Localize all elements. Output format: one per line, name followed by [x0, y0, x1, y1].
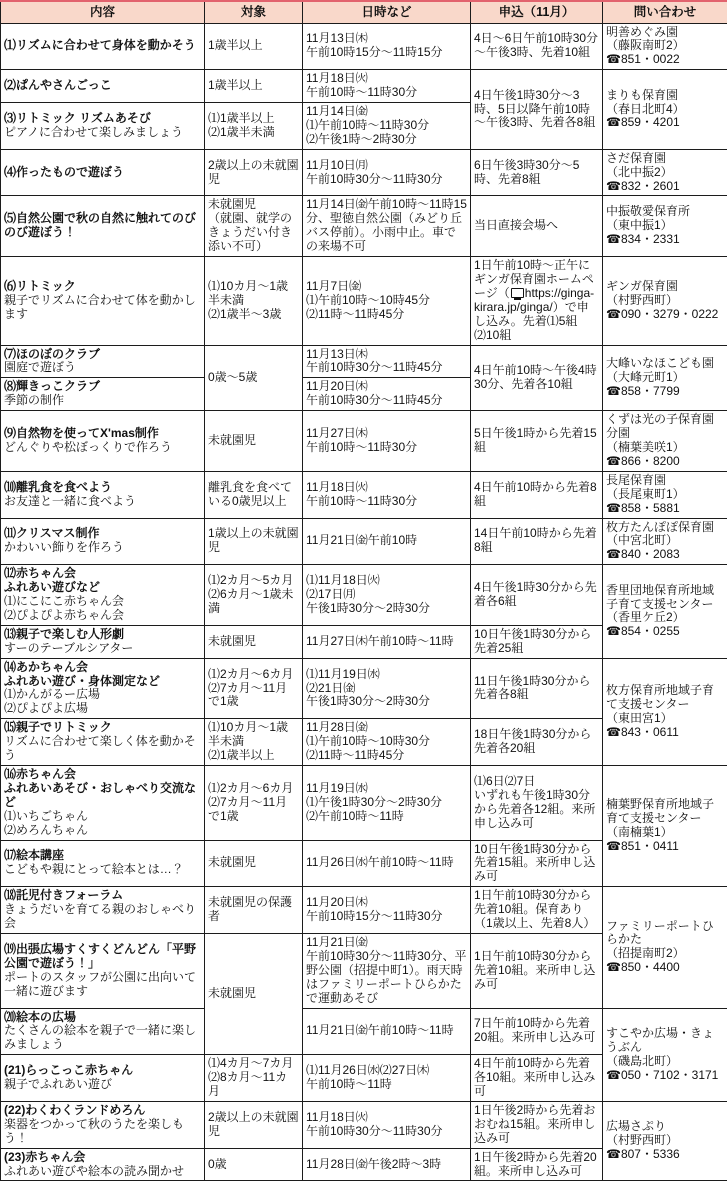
cell-apply: 14日午前10時から先着8組: [471, 518, 603, 565]
cell-content: ⑵ぱんやさんごっこ: [1, 70, 205, 103]
event-description: お友達と一緒に食べよう: [4, 495, 201, 509]
column-header-target: 対象: [205, 1, 303, 23]
event-description: ふれあい遊びや絵本の読み聞かせ: [4, 1165, 201, 1179]
cell-datetime: 11月18日㈫午前10時～11時30分: [303, 70, 471, 103]
cell-datetime: 11月28日㈮午後2時～3時: [303, 1148, 471, 1181]
table-row: (22)わくわくランドめろん楽器をつかって秋のうたを楽しもう！2歳以上の未就園児…: [1, 1101, 727, 1148]
cell-target: 1歳半以上: [205, 70, 303, 103]
cell-datetime: ⑴11月26日㈬⑵27日㈭午前10時～11時: [303, 1055, 471, 1102]
table-row: ⑴リズムに合わせて身体を動かそう1歳半以上11月13日㈭午前10時15分～11時…: [1, 23, 727, 70]
cell-datetime: 11月19日㈬⑴午後1時30分～2時30分⑵午前10時～11時: [303, 766, 471, 841]
cell-content: (21)らっこっこ赤ちゃん親子でふれあい遊び: [1, 1055, 205, 1102]
table-row: ⒅託児付きフォーラムきょうだいを育てる親のおしゃべり会未就園児の保護者11月20…: [1, 887, 727, 934]
table-row: ⑷作ったもので遊ぼう2歳以上の未就園児11月10日㈪午前10時30分～11時30…: [1, 149, 727, 196]
table-row: ⑹リトミック親子でリズムに合わせて体を動かします⑴10カ月～1歳半未満⑵1歳半～…: [1, 257, 727, 345]
cell-content: ⑻輝きっこクラブ季節の制作: [1, 378, 205, 411]
events-schedule-table: 内容 対象 日時など 申込（11月） 問い合わせ ⑴リズムに合わせて身体を動かそ…: [0, 0, 727, 1181]
cell-datetime: 11月13日㈭午前10時30分～11時45分: [303, 345, 471, 378]
cell-apply: 4日～6日午前10時30分～午後3時、先着10組: [471, 23, 603, 70]
cell-contact: 大峰いなほこども園（大峰元町1）☎858・7799: [603, 345, 727, 411]
event-description: ピアノに合わせて楽しみましょう: [4, 126, 201, 140]
cell-contact: ギンガ保育園（村野西町）☎090・3279・0222: [603, 257, 727, 345]
event-description: 楽器をつかって秋のうたを楽しもう！: [4, 1118, 201, 1146]
table-row: ⑿赤ちゃん会ふれあい遊びなど⑴にこにこ赤ちゃん会⑵ぴよぴよ赤ちゃん会⑴2カ月～5…: [1, 565, 727, 626]
cell-target: ⑴2カ月～6カ月⑵7カ月～11月で1歳: [205, 658, 303, 719]
column-header-contact: 問い合わせ: [603, 1, 727, 23]
cell-datetime: 11月21日㈮午前10時: [303, 518, 471, 565]
table-row: ⑼自然物を使ってX'mas制作どんぐりや松ぼっくりで作ろう未就園児11月27日㈭…: [1, 411, 727, 472]
event-title: ⑶リトミック リズムあそび: [4, 112, 201, 126]
cell-content: ⒅託児付きフォーラムきょうだいを育てる親のおしゃべり会: [1, 887, 205, 934]
cell-datetime: 11月21日㈮午前10時30分～11時30分、平野公園（招提中町1）。雨天時はフ…: [303, 933, 471, 1008]
cell-target: 0歳～5歳: [205, 345, 303, 411]
event-title: ⒅託児付きフォーラム: [4, 889, 201, 903]
event-description: きょうだいを育てる親のおしゃべり会: [4, 903, 201, 931]
cell-target: ⑴10カ月～1歳半未満⑵1歳半～3歳: [205, 257, 303, 345]
table-header: 内容 対象 日時など 申込（11月） 問い合わせ: [1, 1, 727, 23]
cell-content: ⑼自然物を使ってX'mas制作どんぐりや松ぼっくりで作ろう: [1, 411, 205, 472]
cell-target: ⑴10カ月～1歳半未満⑵1歳半以上: [205, 719, 303, 766]
cell-datetime: 11月20日㈭午前10時15分～11時30分: [303, 887, 471, 934]
cell-apply: 当日直接会場へ: [471, 196, 603, 257]
event-title: (21)らっこっこ赤ちゃん: [4, 1064, 201, 1078]
event-title: (22)わくわくランドめろん: [4, 1104, 201, 1118]
cell-apply: 11日午後1時30分から先着各8組: [471, 658, 603, 719]
event-title: ⑿赤ちゃん会ふれあい遊びなど: [4, 567, 201, 595]
cell-contact: 長尾保育園（長尾東町1）☎858・5881: [603, 471, 727, 518]
cell-datetime: ⑴11月18日㈫⑵17日㈪午後1時30分～2時30分: [303, 565, 471, 626]
cell-content: ⒁あかちゃん会ふれあい遊び・身体測定など⑴かんがるー広場⑵ぴよぴよ広場: [1, 658, 205, 719]
event-description: すーのテーブルシアター: [4, 642, 201, 656]
event-title: ⑴リズムに合わせて身体を動かそう: [4, 39, 201, 53]
event-title: (23)赤ちゃん会: [4, 1151, 201, 1165]
cell-apply: 4日午後1時30分～3時、5日以降午前10時～午後3時、先着各8組: [471, 70, 603, 150]
cell-content: ⑸自然公園で秋の自然に触れてのびのび遊ぼう！: [1, 196, 205, 257]
cell-target: 1歳以上の未就園児: [205, 518, 303, 565]
cell-apply: 7日午前10時から先着20組。来所申し込み可: [471, 1008, 603, 1055]
cell-contact: すこやか広場・きょうぶん（磯島北町）☎050・7102・3171: [603, 1008, 727, 1101]
cell-apply: 4日午前10時から先着8組: [471, 471, 603, 518]
cell-datetime: 11月27日㈭午前10時～11時: [303, 625, 471, 658]
cell-target: 未就園児: [205, 411, 303, 472]
event-description: ⑴にこにこ赤ちゃん会⑵ぴよぴよ赤ちゃん会: [4, 595, 201, 623]
cell-target: 未就園児（就園、就学のきょうだい付き添い不可）: [205, 196, 303, 257]
cell-content: ⑶リトミック リズムあそびピアノに合わせて楽しみましょう: [1, 103, 205, 150]
event-description: たくさんの絵本を親子で一緒に楽しみましょう: [4, 1024, 201, 1052]
event-title: ⒆出張広場すくすくどんどん「平野公園で遊ぼう！」: [4, 943, 201, 971]
cell-content: ⑿赤ちゃん会ふれあい遊びなど⑴にこにこ赤ちゃん会⑵ぴよぴよ赤ちゃん会: [1, 565, 205, 626]
cell-datetime: 11月26日㈬午前10時～11時: [303, 840, 471, 887]
cell-target: ⑴2カ月～6カ月⑵7カ月～11月で1歳: [205, 766, 303, 841]
cell-target: 未就園児: [205, 933, 303, 1054]
cell-content: ⑹リトミック親子でリズムに合わせて体を動かします: [1, 257, 205, 345]
cell-apply: 6日午後3時30分～5時、先着8組: [471, 149, 603, 196]
event-title: ⑷作ったもので遊ぼう: [4, 166, 201, 180]
cell-content: ⑴リズムに合わせて身体を動かそう: [1, 23, 205, 70]
cell-content: ⒀親子で楽しむ人形劇すーのテーブルシアター: [1, 625, 205, 658]
event-description: 親子でふれあい遊び: [4, 1078, 201, 1092]
header-row: 内容 対象 日時など 申込（11月） 問い合わせ: [1, 1, 727, 23]
cell-datetime: 11月20日㈭午前10時30分～11時45分: [303, 378, 471, 411]
cell-content: ⑺ほのぼのクラブ園庭で遊ぼう: [1, 345, 205, 378]
cell-target: 未就園児の保護者: [205, 887, 303, 934]
event-title: ⑾クリスマス制作: [4, 527, 201, 541]
event-description: ⑴かんがるー広場⑵ぴよぴよ広場: [4, 688, 201, 716]
cell-apply: 1日午後2時から先着おおむね15組。来所申し込み可: [471, 1101, 603, 1148]
cell-target: 0歳: [205, 1148, 303, 1181]
cell-target: ⑴4カ月～7カ月⑵8カ月～11カ月: [205, 1055, 303, 1102]
cell-content: (22)わくわくランドめろん楽器をつかって秋のうたを楽しもう！: [1, 1101, 205, 1148]
cell-datetime: 11月18日㈫午前10時～11時30分: [303, 471, 471, 518]
cell-apply: 4日午後1時30分から先着各6組: [471, 565, 603, 626]
table-row: ⑸自然公園で秋の自然に触れてのびのび遊ぼう！未就園児（就園、就学のきょうだい付き…: [1, 196, 727, 257]
cell-apply: 1日午前10時30分から先着10組。保育あり（1歳以上、先着8人）: [471, 887, 603, 934]
event-description: 季節の制作: [4, 394, 201, 408]
cell-datetime: 11月18日㈫午前10時30分～11時30分: [303, 1101, 471, 1148]
cell-target: 2歳以上の未就園児: [205, 149, 303, 196]
cell-datetime: 11月27日㈭午前10時～11時30分: [303, 411, 471, 472]
cell-content: ⑾クリスマス制作かわいい飾りを作ろう: [1, 518, 205, 565]
table-row: ⑵ぱんやさんごっこ1歳半以上11月18日㈫午前10時～11時30分4日午後1時3…: [1, 70, 727, 103]
newsletter-events-page: 内容 対象 日時など 申込（11月） 問い合わせ ⑴リズムに合わせて身体を動かそ…: [0, 0, 727, 1181]
event-title: ⑼自然物を使ってX'mas制作: [4, 427, 201, 441]
event-title: ⒁あかちゃん会ふれあい遊び・身体測定など: [4, 661, 201, 689]
cell-content: (23)赤ちゃん会ふれあい遊びや絵本の読み聞かせ: [1, 1148, 205, 1181]
column-header-datetime: 日時など: [303, 1, 471, 23]
cell-contact: くずは光の子保育園分園（楠葉美咲1）☎866・8200: [603, 411, 727, 472]
cell-content: ⒂親子でリトミックリズムに合わせて楽しく体を動かそう: [1, 719, 205, 766]
cell-apply: 1日午前10時～正午にギンガ保育園ホームページ（https://ginga-ki…: [471, 257, 603, 345]
event-description: ⑴いちごちゃん⑵めろんちゃん: [4, 810, 201, 838]
table-row: ⑾クリスマス制作かわいい飾りを作ろう1歳以上の未就園児11月21日㈮午前10時1…: [1, 518, 727, 565]
table-row: ⒁あかちゃん会ふれあい遊び・身体測定など⑴かんがるー広場⑵ぴよぴよ広場⑴2カ月～…: [1, 658, 727, 719]
cell-target: 未就園児: [205, 625, 303, 658]
cell-contact: さだ保育園（北中振2）☎832・2601: [603, 149, 727, 196]
cell-content: ⑷作ったもので遊ぼう: [1, 149, 205, 196]
event-title: ⑸自然公園で秋の自然に触れてのびのび遊ぼう！: [4, 212, 201, 240]
cell-contact: 中振敬愛保育所（東中振1）☎834・2331: [603, 196, 727, 257]
cell-apply: 5日午後1時から先着15組: [471, 411, 603, 472]
cell-apply: 10日午後1時30分から先着15組。来所申し込み可: [471, 840, 603, 887]
cell-datetime: 11月13日㈭午前10時15分～11時15分: [303, 23, 471, 70]
event-title: ⑵ぱんやさんごっこ: [4, 79, 201, 93]
cell-datetime: 11月14日㈮午前10時～11時15分、聖徳自然公園（みどり丘バス停前）。小雨中…: [303, 196, 471, 257]
event-description: ポートのスタッフが公園に出向いて一緒に遊びます: [4, 971, 201, 999]
cell-target: 1歳半以上: [205, 23, 303, 70]
table-row: ⒃赤ちゃん会ふれあいあそび・おしゃべり交流など⑴いちごちゃん⑵めろんちゃん⑴2カ…: [1, 766, 727, 841]
table-row: ⑽離乳食を食べようお友達と一緒に食べよう離乳食を食べている0歳児以上11月18日…: [1, 471, 727, 518]
event-description: 親子でリズムに合わせて体を動かします: [4, 294, 201, 322]
cell-apply: 18日午後1時30分から先着各20組: [471, 719, 603, 766]
cell-apply: 1日午前10時30分から先着10組。来所申し込み可: [471, 933, 603, 1008]
cell-apply: 4日午前10時～午後4時30分、先着各10組: [471, 345, 603, 411]
cell-apply: 4日午前10時から先着各10組。来所申し込み可: [471, 1055, 603, 1102]
event-description: どんぐりや松ぼっくりで作ろう: [4, 441, 201, 455]
event-description: リズムに合わせて楽しく体を動かそう: [4, 735, 201, 763]
cell-contact: 枚方たんぽぽ保育園（中宮北町）☎840・2083: [603, 518, 727, 565]
cell-target: ⑴1歳半以上⑵1歳半未満: [205, 103, 303, 150]
cell-target: ⑴2カ月～5カ月⑵6カ月～1歳未満: [205, 565, 303, 626]
column-header-content: 内容: [1, 1, 205, 23]
table-row: ⒇絵本の広場たくさんの絵本を親子で一緒に楽しみましょう11月21日㈮午前10時～…: [1, 1008, 727, 1055]
cell-target: 離乳食を食べている0歳児以上: [205, 471, 303, 518]
cell-datetime: 11月10日㈪午前10時30分～11時30分: [303, 149, 471, 196]
cell-contact: 香里団地保育所地域子育て支援センター（香里ケ丘2）☎854・0255: [603, 565, 727, 658]
cell-target: 2歳以上の未就園児: [205, 1101, 303, 1148]
cell-content: ⒇絵本の広場たくさんの絵本を親子で一緒に楽しみましょう: [1, 1008, 205, 1055]
cell-content: ⒄絵本講座こどもや親にとって絵本とは…？: [1, 840, 205, 887]
cell-apply: ⑴6日⑵7日いずれも午後1時30分から先着各12組。来所申し込み可: [471, 766, 603, 841]
column-header-apply: 申込（11月）: [471, 1, 603, 23]
event-description: こどもや親にとって絵本とは…？: [4, 863, 201, 877]
cell-content: ⒃赤ちゃん会ふれあいあそび・おしゃべり交流など⑴いちごちゃん⑵めろんちゃん: [1, 766, 205, 841]
event-description: かわいい飾りを作ろう: [4, 541, 201, 555]
cell-contact: ファミリーポートひらかた（招提南町2）☎850・4400: [603, 887, 727, 1008]
event-title: ⑽離乳食を食べよう: [4, 481, 201, 495]
cell-contact: 明善めぐみ園（藤阪南町2）☎851・0022: [603, 23, 727, 70]
table-row: ⑺ほのぼのクラブ園庭で遊ぼう0歳～5歳11月13日㈭午前10時30分～11時45…: [1, 345, 727, 378]
cell-datetime: 11月28日㈮⑴午前10時～10時30分⑵11時～11時45分: [303, 719, 471, 766]
cell-contact: 楠葉野保育所地域子育て支援センター（南楠葉1）☎851・0411: [603, 766, 727, 887]
event-title: ⒃赤ちゃん会ふれあいあそび・おしゃべり交流など: [4, 768, 201, 810]
cell-apply: 1日午後2時から先着20組。来所申し込み可: [471, 1148, 603, 1181]
event-title: ⑹リトミック: [4, 280, 201, 294]
cell-content: ⒆出張広場すくすくどんどん「平野公園で遊ぼう！」ポートのスタッフが公園に出向いて…: [1, 933, 205, 1008]
cell-content: ⑽離乳食を食べようお友達と一緒に食べよう: [1, 471, 205, 518]
cell-target: 未就園児: [205, 840, 303, 887]
homepage-icon: [511, 288, 524, 298]
cell-datetime: ⑴11月19日㈬⑵21日㈮午後1時30分～2時30分: [303, 658, 471, 719]
cell-datetime: 11月21日㈮午前10時～11時: [303, 1008, 471, 1055]
cell-datetime: 11月7日㈮⑴午前10時～10時45分⑵11時～11時45分: [303, 257, 471, 345]
event-title: ⒀親子で楽しむ人形劇: [4, 628, 201, 642]
cell-contact: 枚方保育所地域子育て支援センター（東田宮1）☎843・0611: [603, 658, 727, 765]
cell-datetime: 11月14日㈮⑴午前10時～11時30分⑵午後1時～2時30分: [303, 103, 471, 150]
events-table-body: ⑴リズムに合わせて身体を動かそう1歳半以上11月13日㈭午前10時15分～11時…: [1, 23, 727, 1181]
cell-apply: 10日午後1時30分から先着25組: [471, 625, 603, 658]
cell-contact: 広場さぷり（村野西町）☎807・5336: [603, 1101, 727, 1181]
cell-contact: まりも保育園（春日北町4）☎859・4201: [603, 70, 727, 150]
event-description: 園庭で遊ぼう: [4, 361, 201, 375]
